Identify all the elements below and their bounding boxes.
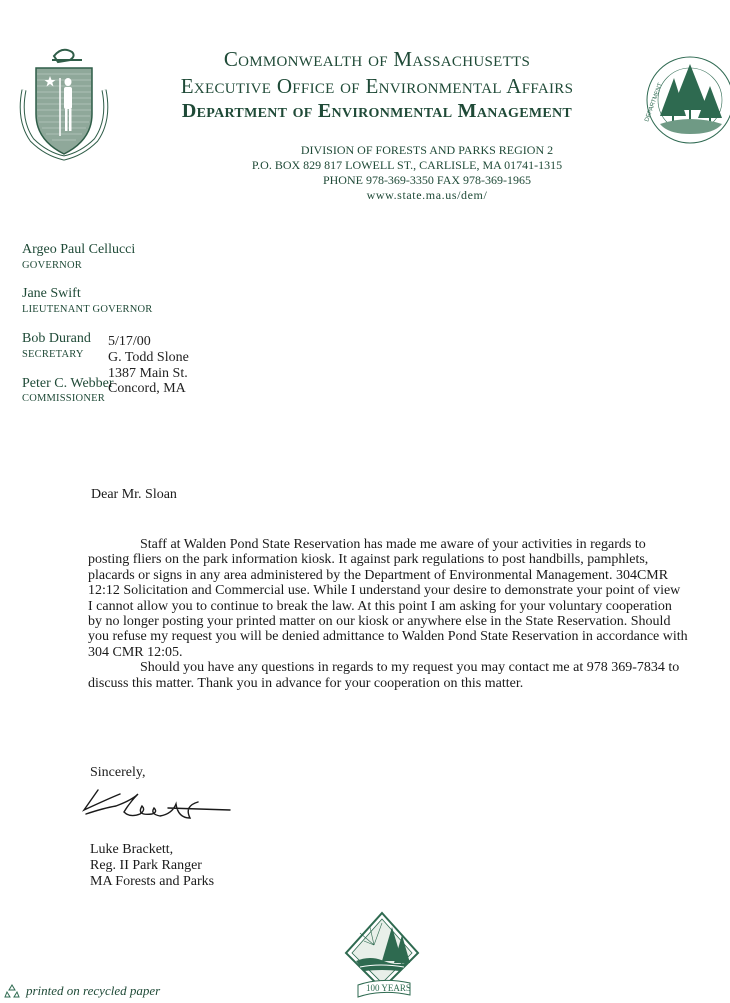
- recipient-street: 1387 Main St.: [108, 366, 188, 382]
- official-title: LIEUTENANT GOVERNOR: [22, 304, 152, 315]
- official-name: Peter C. Webber: [22, 376, 114, 392]
- letterhead-executive-office: Executive Office of Environmental Affair…: [12, 74, 730, 99]
- letter-date: 5/17/00: [108, 334, 151, 350]
- official-name: Bob Durand: [22, 331, 91, 347]
- letterhead-commonwealth: Commonwealth of Massachusetts: [12, 47, 730, 72]
- official-name: Jane Swift: [22, 286, 81, 302]
- letterhead-department: Department of Environmental Management: [12, 100, 730, 123]
- recycle-icon: [4, 983, 20, 999]
- salutation: Dear Mr. Sloan: [91, 487, 177, 503]
- letter-body: Staff at Walden Pond State Reservation h…: [88, 537, 688, 691]
- closing: Sincerely,: [90, 765, 145, 781]
- letterhead-division: DIVISION OF FORESTS AND PARKS REGION 2: [62, 143, 730, 158]
- signature-icon: [80, 784, 250, 834]
- recycled-paper-note: printed on recycled paper: [26, 983, 160, 999]
- centennial-banner-text: 100 YEARS: [366, 983, 411, 993]
- official-title: SECRETARY: [22, 349, 84, 360]
- recipient-name: G. Todd Slone: [108, 350, 189, 366]
- letterhead-address: P.O. BOX 829 817 LOWELL ST., CARLISLE, M…: [42, 158, 730, 173]
- letterhead-phone-fax: PHONE 978-369-3350 FAX 978-369-1965: [62, 173, 730, 188]
- official-title: COMMISSIONER: [22, 393, 105, 404]
- signatory-title: Reg. II Park Ranger: [90, 857, 202, 874]
- signatory-org: MA Forests and Parks: [90, 873, 214, 890]
- body-paragraph: Should you have any questions in regards…: [88, 660, 688, 691]
- official-title: GOVERNOR: [22, 260, 82, 271]
- state-forests-centennial-seal-icon: 100 YEARS: [330, 905, 440, 1001]
- signatory-name: Luke Brackett,: [90, 841, 173, 858]
- recipient-city: Concord, MA: [108, 381, 186, 397]
- letterhead-website: www.state.ma.us/dem/: [62, 188, 730, 203]
- official-name: Argeo Paul Cellucci: [22, 242, 135, 258]
- dem-tree-seal-icon: DEPARTMENT: [644, 52, 730, 148]
- body-paragraph: Staff at Walden Pond State Reservation h…: [88, 537, 688, 660]
